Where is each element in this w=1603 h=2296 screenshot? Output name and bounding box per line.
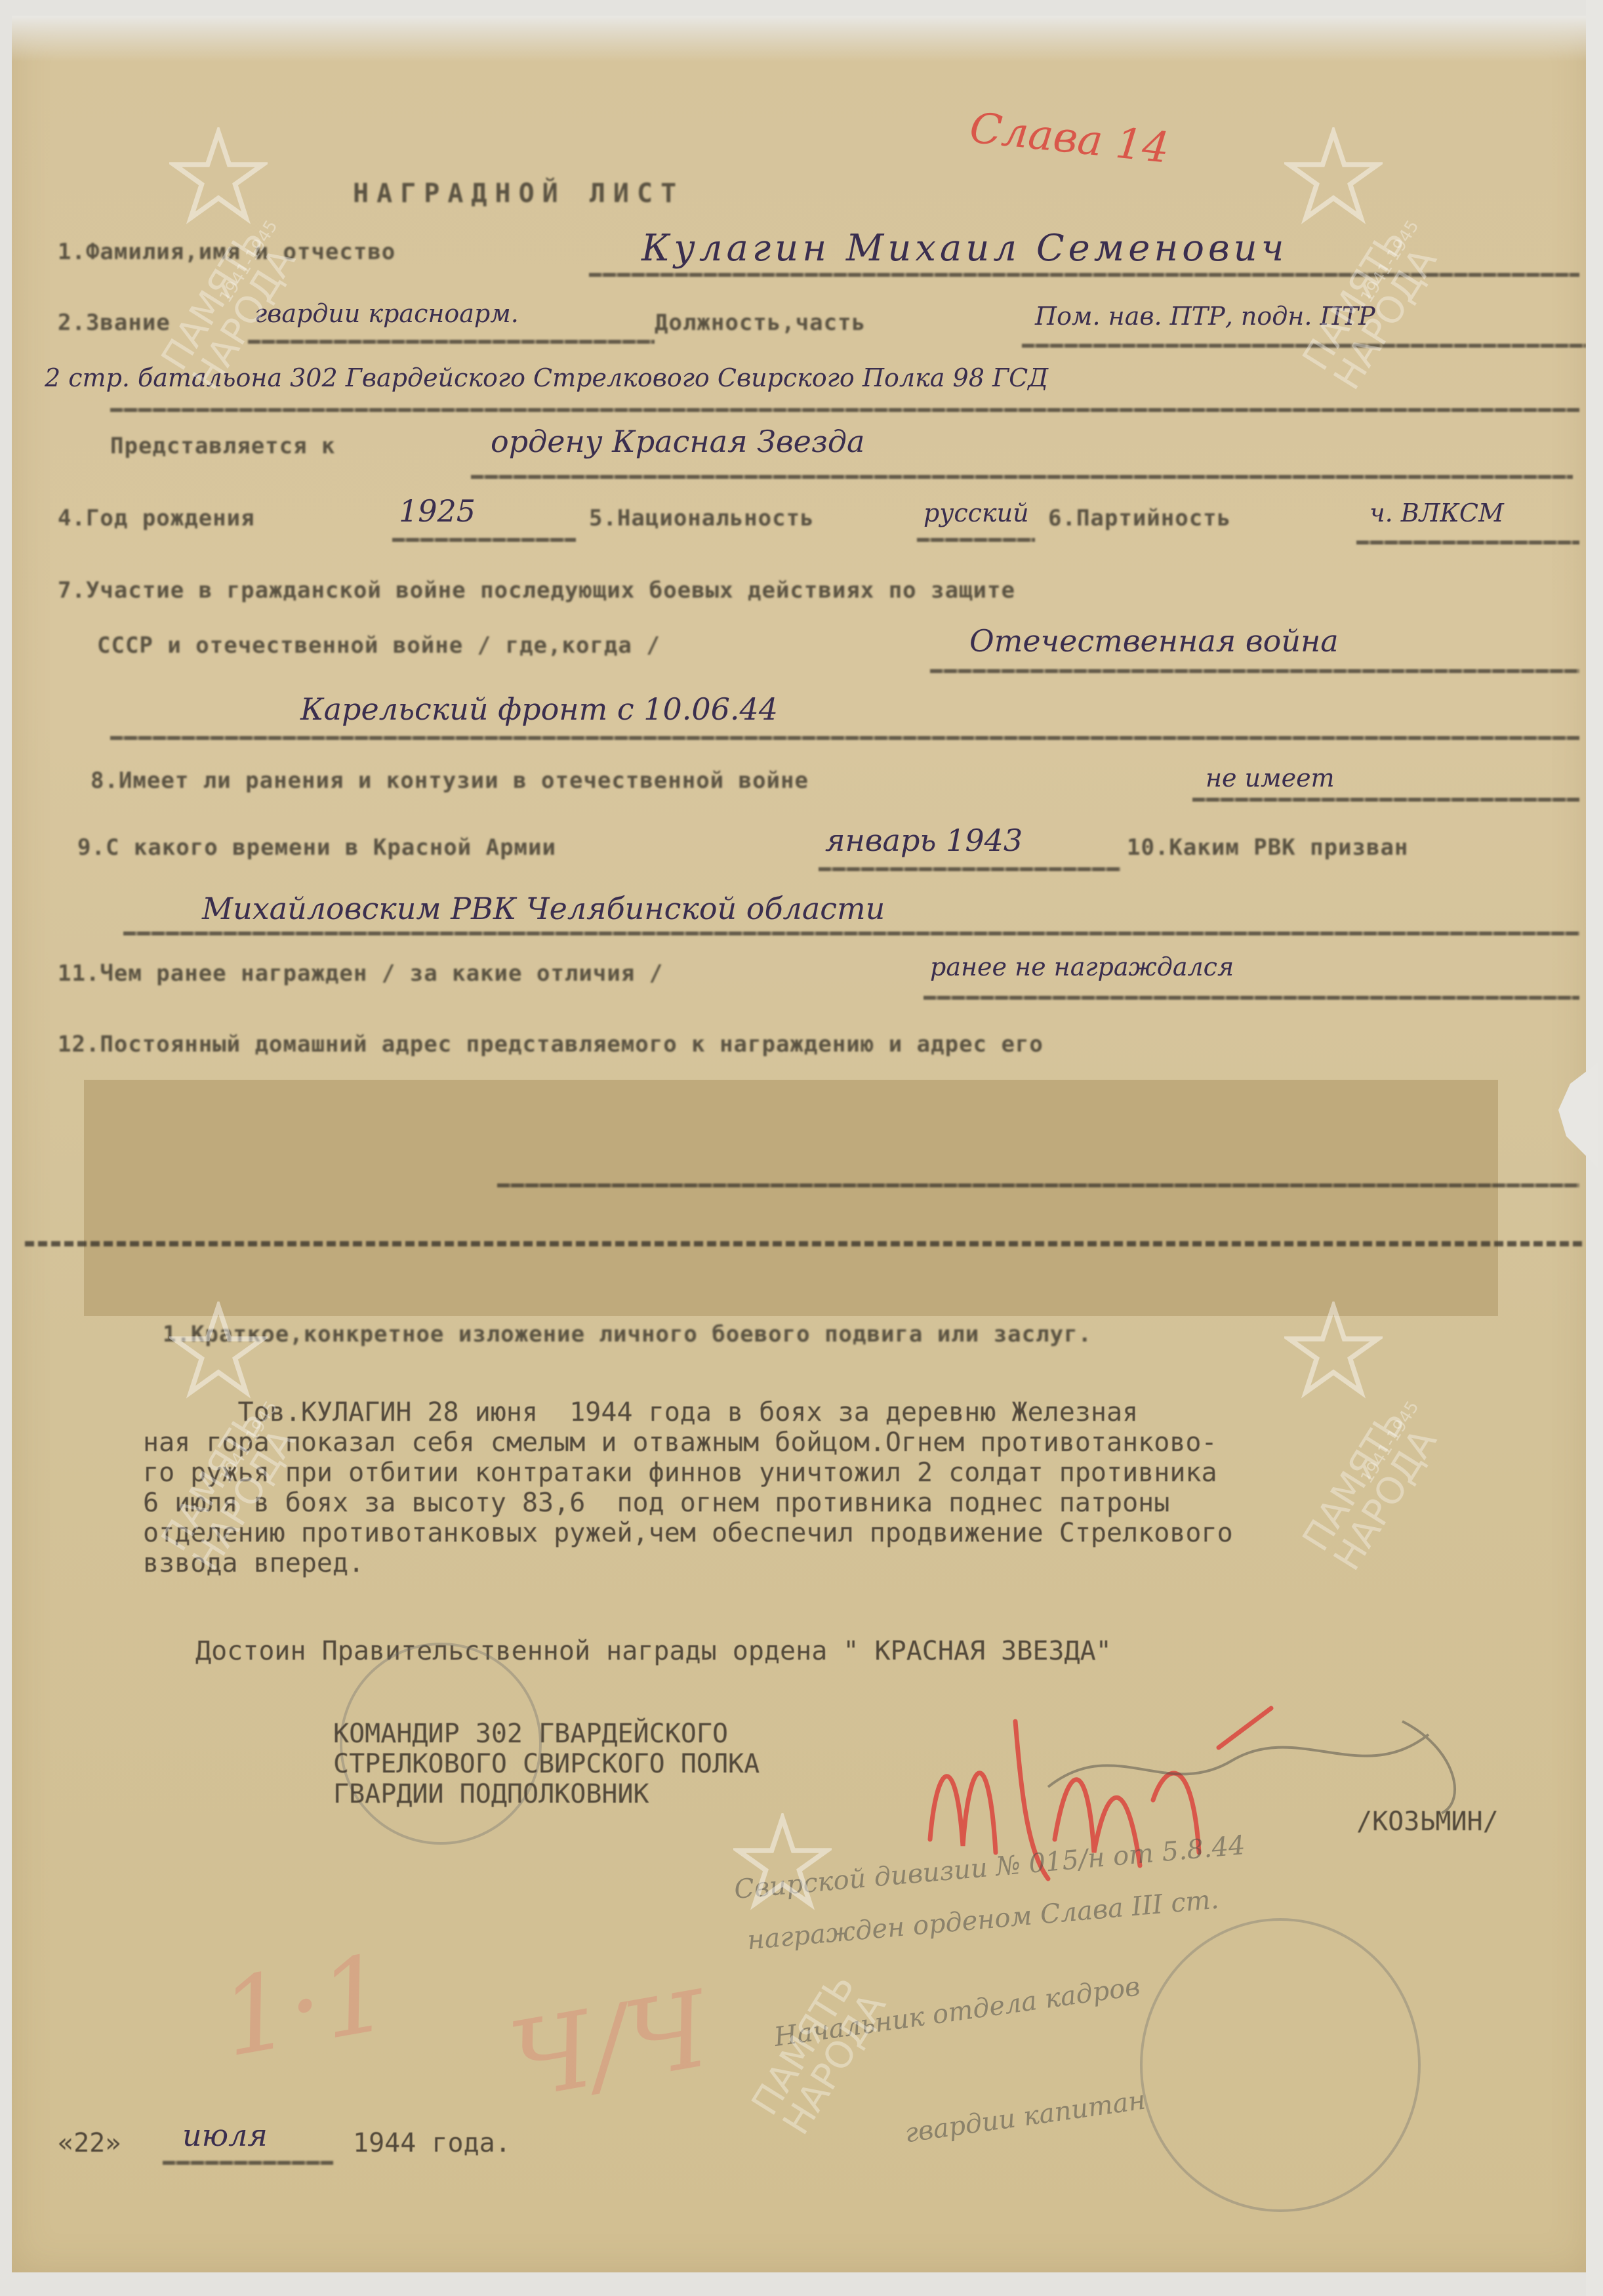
award-conclusion: Достоин Правительственной награды ордена… bbox=[195, 1636, 1112, 1666]
underline bbox=[1356, 541, 1579, 544]
underline bbox=[392, 538, 576, 542]
document-title: НАГРАДНОЙ ЛИСТ bbox=[353, 178, 684, 209]
underline bbox=[110, 736, 1579, 740]
date-year: 1944 года. bbox=[353, 2128, 511, 2158]
faint-red-mark: 1·1 bbox=[213, 1931, 398, 2080]
pencil-annotation-captain: гвардии капитан bbox=[903, 2085, 1148, 2148]
signature-line-2: СТРЕЛКОВОГО СВИРСКОГО ПОЛКА bbox=[333, 1749, 760, 1779]
pencil-signature bbox=[1035, 1708, 1494, 1826]
field-value-award: ордену Красная Звезда bbox=[491, 424, 865, 459]
field-value-draft-office: Михайловским РВК Челябинской области bbox=[202, 891, 885, 926]
watermark-star-icon bbox=[169, 1302, 268, 1400]
field-label-wounds: 8.Имеет ли ранения и контузии в отечеств… bbox=[91, 768, 809, 794]
underline bbox=[923, 996, 1579, 1000]
faint-red-mark: Ч/Ч bbox=[501, 1967, 717, 2122]
archive-mark: Слава 14 bbox=[967, 104, 1171, 173]
watermark-pamyat-naroda: ПАМЯТЬ НАРОДА bbox=[1297, 1404, 1443, 1576]
underline bbox=[110, 408, 1579, 412]
field-value-front: Карельский фронт с 10.06.44 bbox=[300, 691, 778, 727]
stamp-seal-bottom bbox=[1140, 1918, 1421, 2212]
section-divider bbox=[25, 1241, 1586, 1246]
field-value-war: Отечественная война bbox=[969, 623, 1339, 659]
underline bbox=[471, 475, 1573, 479]
field-label-nationality: 5.Национальность bbox=[589, 505, 815, 531]
field-value-name: Кулагин Михаил Семенович bbox=[641, 227, 1288, 270]
field-label-draft-office: 10.Каким РВК призван bbox=[1127, 834, 1408, 861]
date-month: июля bbox=[182, 2118, 268, 2153]
page-background: Слава 14 НАГРАДНОЙ ЛИСТ 1.Фамилия,имя и … bbox=[0, 0, 1603, 2296]
field-value-party: ч. ВЛКСМ bbox=[1370, 499, 1504, 527]
underline bbox=[917, 538, 1035, 542]
document-sheet: Слава 14 НАГРАДНОЙ ЛИСТ 1.Фамилия,имя и … bbox=[12, 16, 1590, 2272]
narrative-line-6: взвода вперед. bbox=[143, 1548, 364, 1578]
watermark-star-icon bbox=[169, 127, 268, 226]
signature-line-1: КОМАНДИР 302 ГВАРДЕЙСКОГО bbox=[333, 1719, 728, 1749]
underline bbox=[163, 2161, 333, 2165]
watermark-star-icon bbox=[733, 1813, 832, 1912]
narrative-line-4: 6 июля в боях за высоту 83,6 под огнем п… bbox=[143, 1488, 1169, 1518]
narrative-line-1: Тов.КУЛАГИН 28 июня 1944 года в боях за … bbox=[143, 1397, 1138, 1427]
signature-line-3: ГВАРДИИ ПОДПОЛКОВНИК bbox=[333, 1779, 649, 1809]
redacted-address-block bbox=[84, 1080, 1498, 1316]
underline bbox=[930, 669, 1579, 673]
date-day: «22» bbox=[58, 2128, 121, 2158]
field-label-birth-year: 4.Год рождения bbox=[58, 505, 255, 531]
narrative-line-2: ная гора показал себя смелым и отважным … bbox=[143, 1427, 1217, 1458]
field-label-patriotic-war: СССР и отечественной войне / где,когда / bbox=[97, 632, 660, 659]
watermark-star-icon bbox=[1284, 1302, 1383, 1400]
field-label-position: Должность,часть bbox=[655, 310, 866, 336]
narrative-line-5: отделению противотанковых ружей,чем обес… bbox=[143, 1518, 1233, 1548]
field-label-civil-war: 7.Участие в гражданской войне последующи… bbox=[58, 577, 1015, 604]
field-value-army-since: январь 1943 bbox=[825, 823, 1023, 858]
watermark-star-icon bbox=[1284, 127, 1383, 226]
field-value-birth-year: 1925 bbox=[399, 493, 476, 529]
field-label-nominated: Представляется к bbox=[110, 433, 336, 459]
field-label-address: 12.Постоянный домашний адрес представляе… bbox=[58, 1031, 1044, 1057]
field-label-party: 6.Партийность bbox=[1048, 505, 1231, 531]
underline bbox=[1192, 798, 1579, 802]
underline bbox=[497, 1183, 1579, 1187]
watermark-pamyat-naroda: ПАМЯТЬ НАРОДА bbox=[746, 1968, 892, 2141]
narrative-heading: 1.Краткое,конкретное изложение личного б… bbox=[163, 1321, 1092, 1347]
field-value-prior-awards: ранее не награждался bbox=[930, 953, 1234, 981]
field-value-wounds: не имеет bbox=[1206, 764, 1335, 792]
field-label-army-since: 9.С какого времени в Красной Армии bbox=[77, 834, 556, 861]
field-value-rank: гвардии красноарм. bbox=[254, 299, 519, 328]
underline bbox=[248, 340, 655, 344]
field-label-prior-awards: 11.Чем ранее награжден / за какие отличи… bbox=[58, 960, 663, 987]
underline bbox=[123, 932, 1579, 935]
underline bbox=[819, 867, 1120, 871]
narrative-line-3: го ружья при отбитии контратаки финнов у… bbox=[143, 1458, 1217, 1488]
field-value-nationality: русский bbox=[923, 499, 1029, 527]
